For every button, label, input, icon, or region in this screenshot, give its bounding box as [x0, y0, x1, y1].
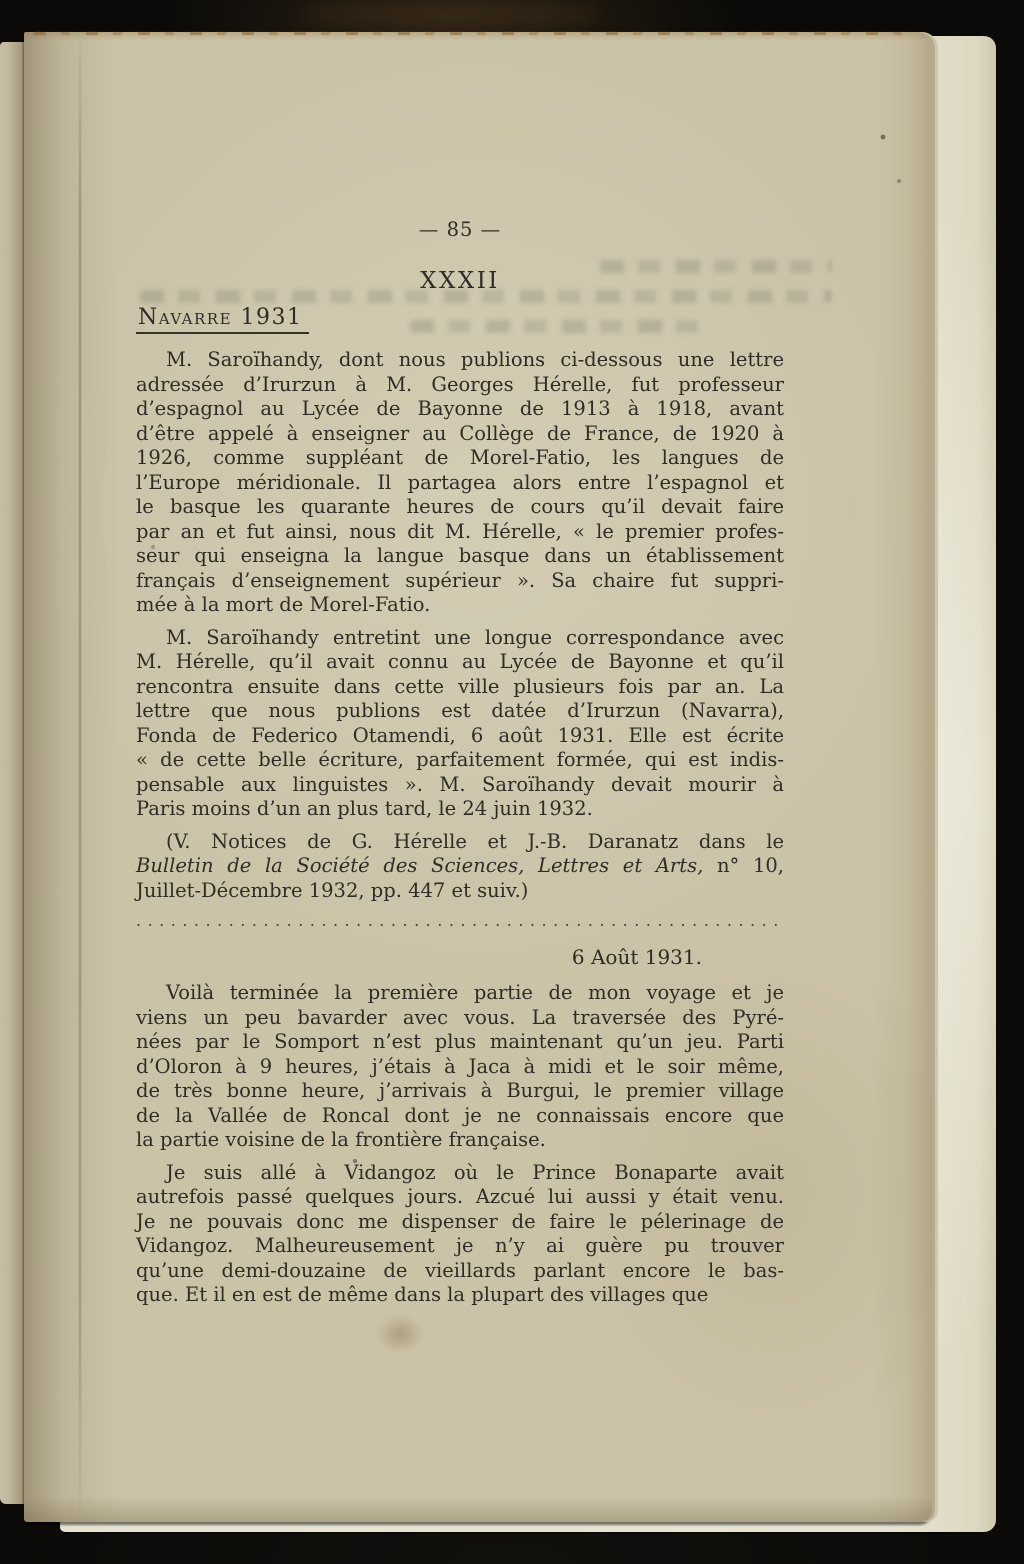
- book-spine-shadow: [300, 0, 600, 30]
- text-line: (V. Notices de G. Hérelle et J.-B. Daran…: [136, 830, 784, 855]
- text-line: Voilà terminée la première partie de mon…: [136, 981, 784, 1006]
- text-line: rencontra ensuite dans cette ville plusi…: [136, 675, 784, 700]
- chapter-numeral: XXXII: [136, 268, 784, 294]
- paragraph: M. Saroïhandy entretint une longue corre…: [136, 626, 784, 822]
- dotted-separator: ........................................…: [136, 915, 784, 929]
- text-line: la partie voisine de la frontière frança…: [136, 1128, 784, 1153]
- text-line: adressée d’Irurzun à M. Georges Hérelle,…: [136, 373, 784, 398]
- page-number: — 85 —: [136, 218, 784, 242]
- text-line: mée à la mort de Morel-Fatio.: [136, 593, 784, 618]
- text-line: de la Vallée de Roncal dont je ne connai…: [136, 1104, 784, 1129]
- scanned-book-photo: { "colors": { "paper": "#cbc3a8", "ink":…: [0, 0, 1024, 1564]
- text-line: de très bonne heure, j’arrivais à Burgui…: [136, 1079, 784, 1104]
- paper-specks: [24, 32, 26, 34]
- text-line: d’être appelé à enseigner au Collège de …: [136, 422, 784, 447]
- text-line: viens un peu bavarder avec vous. La trav…: [136, 1006, 784, 1031]
- paragraph: (V. Notices de G. Hérelle et J.-B. Daran…: [136, 830, 784, 904]
- italic-text: Bulletin de la Société des Sciences, Let…: [136, 854, 703, 877]
- text-line: autrefois passé quelques jours. Azcué lu…: [136, 1185, 784, 1210]
- text-line: pensable aux linguistes ». M. Saroïhandy…: [136, 773, 784, 798]
- intro-paragraphs: M. Saroïhandy, dont nous publions ci-des…: [136, 348, 784, 903]
- text-line: Je suis allé à Vidangoz où le Prince Bon…: [136, 1161, 784, 1186]
- text-line: nées par le Somport n’est plus maintenan…: [136, 1030, 784, 1055]
- text-line: par an et fut ainsi, nous dit M. Hérelle…: [136, 520, 784, 545]
- page-text: — 85 — XXXII Navarre 1931 M. Saroïhandy,…: [136, 218, 784, 1316]
- letter-paragraphs: Voilà terminée la première partie de mon…: [136, 981, 784, 1308]
- text-line: Vidangoz. Malheureusement je n’y ai guèr…: [136, 1234, 784, 1259]
- book-page: — 85 — XXXII Navarre 1931 M. Saroïhandy,…: [24, 32, 932, 1522]
- text-line: M. Hérelle, qu’il avait connu au Lycée d…: [136, 650, 784, 675]
- text-line: M. Saroïhandy, dont nous publions ci-des…: [136, 348, 784, 373]
- section-title: Navarre 1931: [136, 306, 309, 334]
- section-heading-row: Navarre 1931: [136, 306, 784, 334]
- paragraph: Voilà terminée la première partie de mon…: [136, 981, 784, 1153]
- text-line: M. Saroïhandy entretint une longue corre…: [136, 626, 784, 651]
- text-line: lettre que nous publions est datée d’Iru…: [136, 699, 784, 724]
- text-line: seur qui enseigna la langue basque dans …: [136, 544, 784, 569]
- text-line: 1926, comme suppléant de Morel-Fatio, le…: [136, 446, 784, 471]
- regular-text: n° 10,: [703, 854, 784, 877]
- text-line: que. Et il en est de même dans la plupar…: [136, 1283, 784, 1308]
- paragraph: M. Saroïhandy, dont nous publions ci-des…: [136, 348, 784, 618]
- letter-date: 6 Août 1931.: [136, 945, 784, 969]
- text-line: français d’enseignement supérieur ». Sa …: [136, 569, 784, 594]
- text-line: d’espagnol au Lycée de Bayonne de 1913 à…: [136, 397, 784, 422]
- text-line: Fonda de Federico Otamendi, 6 août 1931.…: [136, 724, 784, 749]
- text-line: d’Oloron à 9 heures, j’étais à Jaca à mi…: [136, 1055, 784, 1080]
- text-line: le basque les quarante heures de cours q…: [136, 495, 784, 520]
- stain-mark: [376, 1314, 424, 1354]
- text-line: Bulletin de la Société des Sciences, Let…: [136, 854, 784, 879]
- left-page-edge: [0, 42, 26, 1504]
- text-line: Je ne pouvais donc me dispenser de faire…: [136, 1210, 784, 1235]
- paragraph: Je suis allé à Vidangoz où le Prince Bon…: [136, 1161, 784, 1308]
- text-line: « de cette belle écriture, parfaitement …: [136, 748, 784, 773]
- text-line: qu’une demi-douzaine de vieillards parla…: [136, 1259, 784, 1284]
- text-line: Paris moins d’un an plus tard, le 24 jui…: [136, 797, 784, 822]
- text-line: Juillet-Décembre 1932, pp. 447 et suiv.): [136, 879, 784, 904]
- text-line: l’Europe méridionale. Il partagea alors …: [136, 471, 784, 496]
